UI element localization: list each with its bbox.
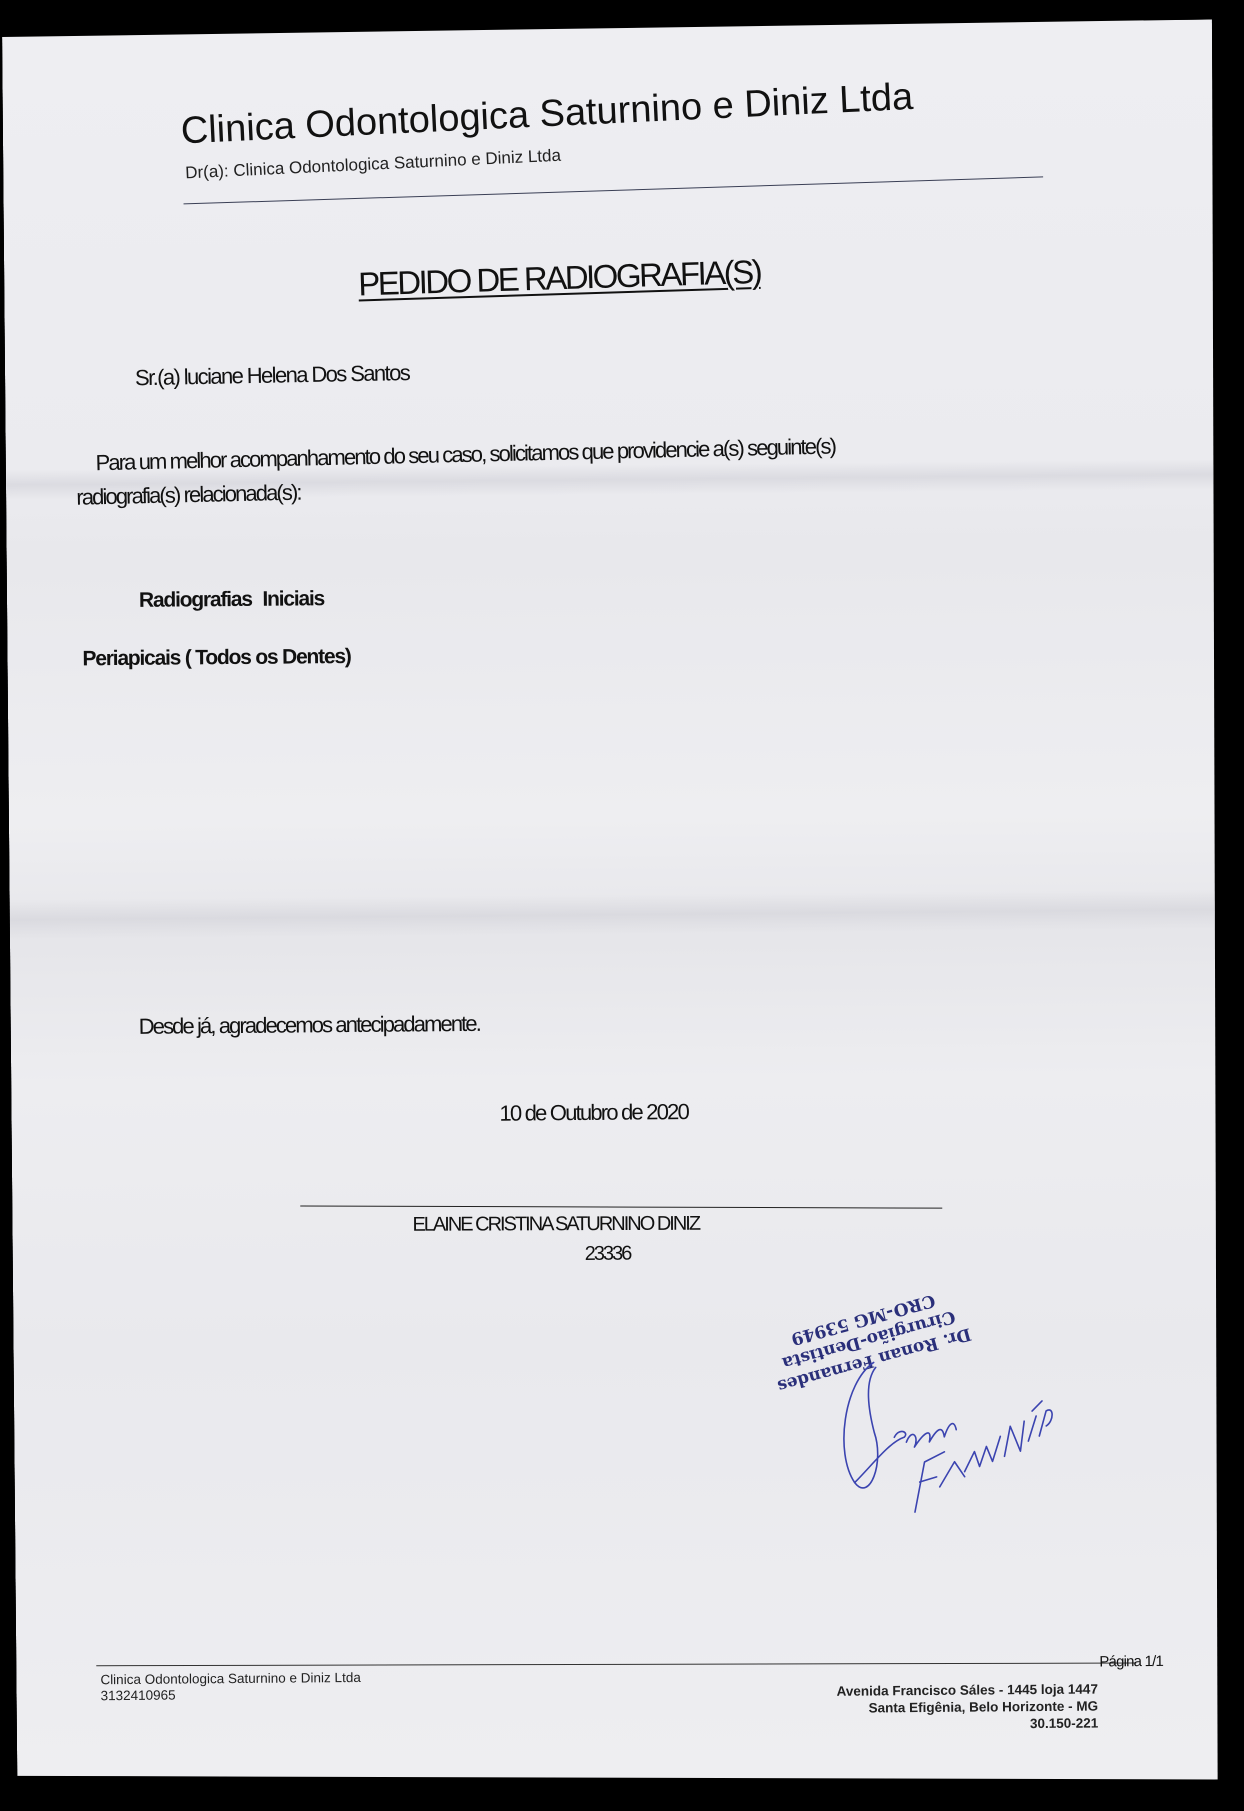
patient-greeting: Sr.(a) luciane Helena Dos Santos	[135, 360, 410, 391]
document-date: 10 de Outubro de 2020	[499, 1099, 688, 1127]
signature-line	[300, 1205, 942, 1208]
doctor-line: Dr(a): Clinica Odontologica Saturnino e …	[185, 146, 562, 184]
request-paragraph: Para um melhor acompanhamento do seu cas…	[75, 423, 1126, 515]
postal-code: 30.150-221	[837, 1714, 1099, 1733]
closing-text: Desde já, agradecemos antecipadamente.	[139, 1011, 480, 1040]
footer-phone: 3132410965	[100, 1686, 361, 1704]
footer-clinic-info: Clinica Odontologica Saturnino e Diniz L…	[100, 1670, 361, 1704]
footer-address: Avenida Francisco Sáles - 1445 loja 1447…	[836, 1680, 1098, 1733]
header-divider	[184, 176, 1044, 204]
clinic-name-heading: Clinica Odontologica Saturnino e Diniz L…	[180, 76, 914, 153]
footer-divider	[96, 1663, 1136, 1667]
footer-clinic-name: Clinica Odontologica Saturnino e Diniz L…	[100, 1670, 361, 1688]
section-title: Radiografias Iniciais	[139, 587, 324, 613]
radiograph-item: Periapicais ( Todos os Dentes)	[82, 645, 350, 671]
handwritten-signature-icon	[813, 1341, 1095, 1523]
scanned-document-page: Clinica Odontologica Saturnino e Diniz L…	[2, 19, 1227, 1789]
page-number: Página 1/1	[1099, 1653, 1163, 1671]
signer-name: ELAINE CRISTINA SATURNINO DINIZ	[412, 1213, 699, 1237]
signer-registration: 23336	[585, 1243, 631, 1266]
document-title: PEDIDO DE RADIOGRAFIA(S)	[358, 253, 761, 304]
